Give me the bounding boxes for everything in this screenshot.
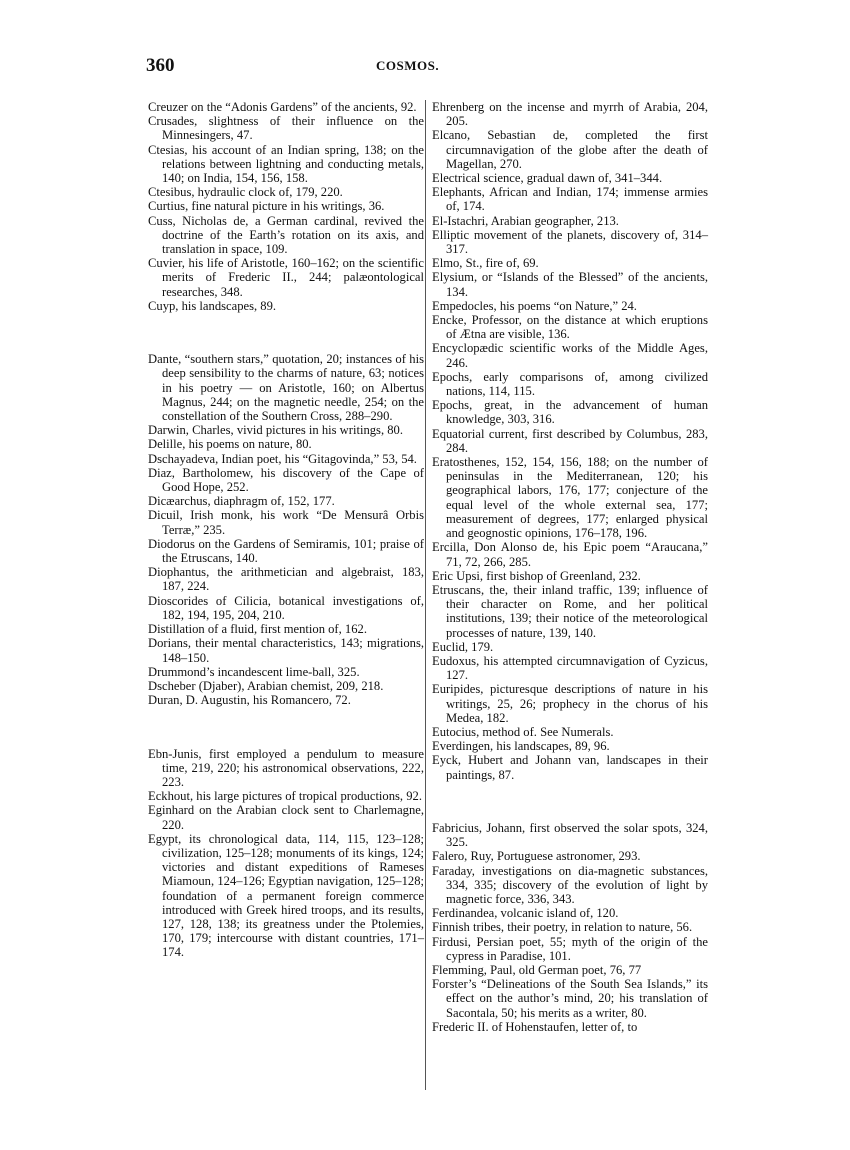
- letter-section-gap: [148, 720, 424, 734]
- index-entry: Duran, D. Augustin, his Romancero, 72.: [148, 693, 424, 707]
- index-entry: Drummond’s incandescent lime-ball, 325.: [148, 665, 424, 679]
- index-entry: Dicuil, Irish monk, his work “De Mensurâ…: [148, 508, 424, 536]
- index-entry: Ehrenberg on the incense and myrrh of Ar…: [432, 100, 708, 128]
- index-entry: Ferdinandea, volcanic island of, 120.: [432, 906, 708, 920]
- index-entry: Dante, “southern stars,” quotation, 20; …: [148, 352, 424, 423]
- letter-section-gap: [432, 794, 708, 808]
- index-entry: Flemming, Paul, old German poet, 76, 77: [432, 963, 708, 977]
- index-entry: Elcano, Sebastian de, completed the firs…: [432, 128, 708, 171]
- index-entry: Dicæarchus, diaphragm of, 152, 177.: [148, 494, 424, 508]
- index-entry: Dorians, their mental characteristics, 1…: [148, 636, 424, 664]
- index-entry: Elysium, or “Islands of the Blessed” of …: [432, 270, 708, 298]
- page-header: 360 COSMOS.: [146, 55, 706, 79]
- index-entry: Eratosthenes, 152, 154, 156, 188; on the…: [432, 455, 708, 540]
- index-entry: Elephants, African and Indian, 174; imme…: [432, 185, 708, 213]
- index-entry: Eudoxus, his attempted circumnavigation …: [432, 654, 708, 682]
- index-entry: Dioscorides of Cilicia, botanical invest…: [148, 594, 424, 622]
- index-entry: Creuzer on the “Adonis Gardens” of the a…: [148, 100, 424, 114]
- index-entry: Frederic II. of Hohenstaufen, letter of,…: [432, 1020, 708, 1034]
- index-entry: Eric Upsi, first bishop of Greenland, 23…: [432, 569, 708, 583]
- running-title: COSMOS.: [376, 58, 439, 74]
- index-entry: Everdingen, his landscapes, 89, 96.: [432, 739, 708, 753]
- index-entry: Finnish tribes, their poetry, in relatio…: [432, 920, 708, 934]
- index-entry: Equatorial current, first described by C…: [432, 427, 708, 455]
- index-entry: Elliptic movement of the planets, discov…: [432, 228, 708, 256]
- index-entry: Epochs, great, in the advancement of hum…: [432, 398, 708, 426]
- index-entry: Diophantus, the arithmetician and algebr…: [148, 565, 424, 593]
- index-entry: Firdusi, Persian poet, 55; myth of the o…: [432, 935, 708, 963]
- index-entry: Diodorus on the Gardens of Semiramis, 10…: [148, 537, 424, 565]
- index-entry: Dschayadeva, Indian poet, his “Gitagovin…: [148, 452, 424, 466]
- page-number: 360: [146, 55, 175, 77]
- index-entry: Dscheber (Djaber), Arabian chemist, 209,…: [148, 679, 424, 693]
- index-entry: Ebn-Junis, first employed a pendulum to …: [148, 747, 424, 790]
- index-entry: Falero, Ruy, Portuguese astronomer, 293.: [432, 849, 708, 863]
- index-entry: Delille, his poems on nature, 80.: [148, 437, 424, 451]
- index-entry: Fabricius, Johann, first observed the so…: [432, 821, 708, 849]
- index-entry: Encyclopædic scientific works of the Mid…: [432, 341, 708, 369]
- index-entry: Curtius, fine natural picture in his wri…: [148, 199, 424, 213]
- index-entry: Elmo, St., fire of, 69.: [432, 256, 708, 270]
- index-entry: Egypt, its chronological data, 114, 115,…: [148, 832, 424, 960]
- index-entry: Eyck, Hubert and Johann van, landscapes …: [432, 753, 708, 781]
- index-column-left: Creuzer on the “Adonis Gardens” of the a…: [148, 100, 424, 960]
- index-entry: Electrical science, gradual dawn of, 341…: [432, 171, 708, 185]
- index-entry: Etruscans, the, their inland traffic, 13…: [432, 583, 708, 640]
- index-entry: Cuvier, his life of Aristotle, 160–162; …: [148, 256, 424, 299]
- index-entry: Diaz, Bartholomew, his discovery of the …: [148, 466, 424, 494]
- index-entry: Ctesias, his account of an Indian spring…: [148, 143, 424, 186]
- index-entry: Darwin, Charles, vivid pictures in his w…: [148, 423, 424, 437]
- index-entry: Faraday, investigations on dia-magnetic …: [432, 864, 708, 907]
- index-entry: El-Istachri, Arabian geographer, 213.: [432, 214, 708, 228]
- letter-section-gap: [148, 326, 424, 340]
- index-entry: Ctesibus, hydraulic clock of, 179, 220.: [148, 185, 424, 199]
- index-entry: Cuyp, his landscapes, 89.: [148, 299, 424, 313]
- index-entry: Forster’s “Delineations of the South Sea…: [432, 977, 708, 1020]
- index-column-right: Ehrenberg on the incense and myrrh of Ar…: [432, 100, 708, 1034]
- index-entry: Euclid, 179.: [432, 640, 708, 654]
- index-entry: Euripides, picturesque descriptions of n…: [432, 682, 708, 725]
- index-entry: Cuss, Nicholas de, a German cardinal, re…: [148, 214, 424, 257]
- index-entry: Crusades, slightness of their influence …: [148, 114, 424, 142]
- index-entry: Distillation of a fluid, first mention o…: [148, 622, 424, 636]
- index-entry: Ercilla, Don Alonso de, his Epic poem “A…: [432, 540, 708, 568]
- index-entry: Eginhard on the Arabian clock sent to Ch…: [148, 803, 424, 831]
- index-entry: Epochs, early comparisons of, among civi…: [432, 370, 708, 398]
- index-entry: Eutocius, method of. See Numerals.: [432, 725, 708, 739]
- column-divider: [425, 100, 426, 1090]
- index-entry: Eckhout, his large pictures of tropical …: [148, 789, 424, 803]
- index-entry: Empedocles, his poems “on Nature,” 24.: [432, 299, 708, 313]
- index-entry: Encke, Professor, on the distance at whi…: [432, 313, 708, 341]
